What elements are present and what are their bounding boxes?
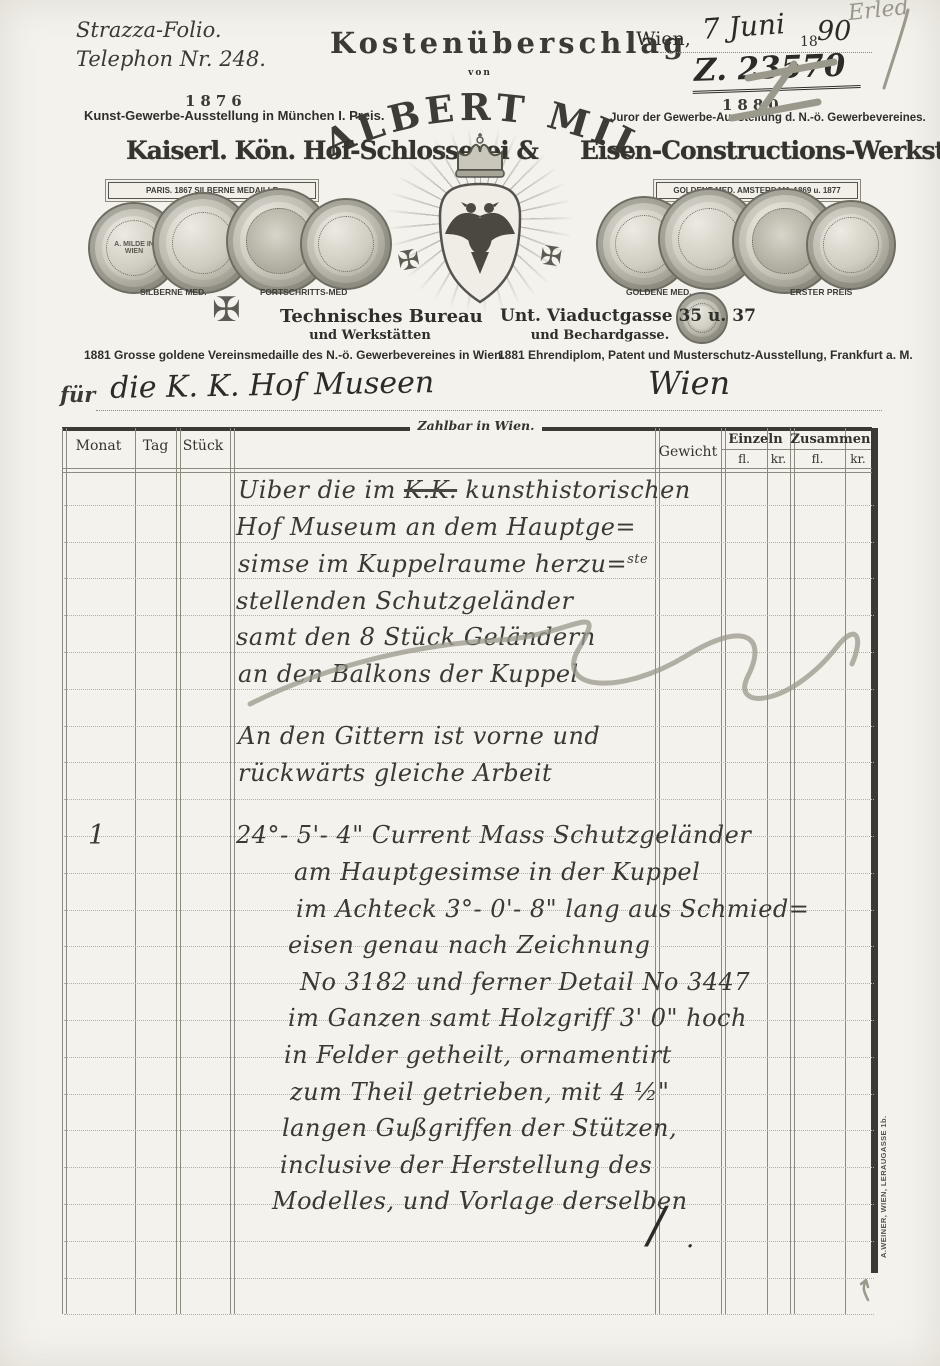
caption-fortschritts-med: FORTSCHRITTS-MED: [260, 287, 347, 297]
col-header-zusammen-fl: fl.: [790, 452, 845, 466]
col-divider-stueck-desc: [230, 428, 235, 1314]
recipient-addressee-handwritten: die K. K. Hof Museen: [110, 365, 435, 406]
body-para1-line4: stellenden Schutzgeländer: [236, 587, 573, 615]
body-para1-line6: an den Balkons der Kuppel: [238, 660, 579, 688]
col-header-einzeln: Einzeln: [721, 432, 790, 447]
col-header-gewicht: Gewicht: [655, 444, 721, 460]
ledger-rule: [64, 799, 874, 800]
table-top-border-right: [542, 427, 872, 431]
hanging-cross-right-icon: ✠: [538, 241, 564, 274]
item-line1: 24°- 5'- 4" Current Mass Schutzgeländer: [236, 821, 751, 849]
shield-icon: [440, 184, 520, 302]
erled-pencil-note: Erled: [847, 0, 910, 26]
credit-right: 1881 Ehrendiplom, Patent und Musterschut…: [498, 348, 913, 362]
col-divider-zusammen-fl-kr: [845, 428, 846, 1314]
ledger-rule: [64, 578, 874, 579]
table-right-heavy-border: [871, 428, 878, 1273]
document-page: Strazza-Folio. Telephon Nr. 248. Kostenü…: [0, 0, 940, 1366]
shop-name-right: Eisen-Constructions-Werkstätte: [580, 136, 940, 165]
recipient-city-handwritten: Wien: [648, 364, 730, 402]
col-header-einzeln-fl: fl.: [721, 452, 767, 466]
item-line2: am Hauptgesimse in der Kuppel: [294, 858, 700, 886]
table-left-border: [62, 428, 67, 1314]
ledger-rule: [64, 505, 874, 506]
ledger-rule: [64, 1278, 874, 1279]
medal-gold-3: [806, 200, 896, 290]
col-divider-gewicht-einzeln: [721, 428, 726, 1314]
item-line7: in Felder getheilt, ornamentirt: [284, 1041, 672, 1069]
col-header-stueck: Stück: [176, 438, 230, 454]
para1-l3-text: simse im Kuppelraume herzu=: [238, 550, 627, 578]
bureau-line2: und Werkstätten: [280, 328, 460, 343]
dateline-day-month-handwritten: 7 Juni: [701, 7, 786, 46]
item-line4: eisen genau nach Zeichnung: [288, 931, 650, 959]
body-para2-line1: An den Gittern ist vorne und: [238, 722, 600, 750]
address-line2: und Bechardgasse.: [500, 328, 700, 343]
subheader-divider: [721, 449, 871, 450]
caption-erster-preis: ERSTER PREIS: [790, 287, 852, 297]
para1-l1-struckout: K.K.: [404, 476, 457, 504]
medal-silver-3: [300, 198, 392, 290]
printer-imprint: A.WEINER, WIEN, LERAUGASSE 1b.: [879, 1116, 888, 1258]
body-para1-line1: Uiber die im K.K. kunsthistorischen: [238, 476, 691, 504]
document-title: Kostenüberschlag: [330, 26, 630, 60]
item-line9: langen Gußgriffen der Stützen,: [282, 1114, 677, 1142]
order-cross-icon: ✠: [212, 290, 241, 330]
para1-l1-pre: Uiber die im: [238, 476, 404, 504]
tally-dot-mark: .: [686, 1224, 694, 1254]
tally-slash-mark: /: [648, 1196, 665, 1254]
item-line3: im Achteck 3°- 0'- 8" lang aus Schmied=: [296, 895, 809, 923]
body-para1-line5: samt den 8 Stück Geländern: [236, 623, 596, 651]
bureau-line1: Technisches Bureau: [280, 306, 460, 327]
payable-note: Zahlbar in Wien.: [410, 418, 542, 433]
imperial-crest: [410, 132, 550, 312]
col-divider-einzeln-fl-kr: [767, 428, 768, 1314]
von-label: von: [330, 68, 630, 78]
para1-l1-post: kunsthistorischen: [457, 476, 691, 504]
item-line6: im Ganzen samt Holzgriff 3' 0" hoch: [288, 1004, 747, 1032]
award-right: Juror der Gewerbe-Ausstellung d. N.-ö. G…: [610, 112, 926, 124]
dateline-year-handwritten: 90: [817, 16, 851, 47]
caption-silberne-med: SILBERNE MED.: [140, 287, 207, 297]
body-para2-line2: rückwärts gleiche Arbeit: [238, 759, 552, 787]
item-line11: Modelles, und Vorlage derselben: [272, 1187, 688, 1215]
file-number-handwritten: Z. 23570: [691, 47, 860, 94]
address-line1: Unt. Viaductgasse 35 u. 37: [500, 306, 700, 326]
strazza-folio-label: Strazza-Folio.: [76, 18, 222, 42]
col-header-zusammen-kr: kr.: [845, 452, 871, 466]
col-header-monat: Monat: [62, 438, 135, 454]
entry-number-handwritten: 1: [88, 820, 106, 851]
para1-l3-insertion: ste: [627, 552, 648, 567]
body-para1-line2: Hof Museum an dem Hauptge=: [236, 513, 636, 541]
pencil-arrow-icon: [861, 1280, 868, 1300]
table-top-border-left: [62, 427, 410, 431]
item-line5: No 3182 und ferner Detail No 3447: [300, 968, 750, 996]
col-divider-einzeln-zusammen: [790, 428, 795, 1314]
col-divider-monat-tag: [135, 428, 136, 1314]
fuer-label: für: [60, 382, 95, 407]
ledger-rule: [64, 615, 874, 616]
header-bottom-rule: [62, 468, 872, 473]
telephon-label: Telephon Nr. 248.: [76, 47, 266, 71]
ledger-rule: [64, 1314, 874, 1315]
ledger-rule: [64, 542, 874, 543]
ledger-rule: [64, 689, 874, 690]
item-line8: zum Theil getrieben, mit 4 ½": [290, 1078, 669, 1106]
ledger-rule: [64, 1241, 874, 1242]
credit-left: 1881 Grosse goldene Vereinsmedaille des …: [84, 348, 505, 362]
col-header-zusammen: Zusammen: [790, 432, 871, 447]
item-line10: inclusive der Herstellung des: [280, 1151, 652, 1179]
col-divider-tag-stueck: [176, 428, 181, 1314]
crown-icon: [456, 133, 504, 177]
col-header-tag: Tag: [135, 438, 176, 454]
col-header-einzeln-kr: kr.: [767, 452, 790, 466]
body-para1-line3: simse im Kuppelraume herzu=ste: [238, 550, 648, 578]
ledger-rule: [64, 652, 874, 653]
caption-goldene-med: GOLDENE MED.: [626, 287, 692, 297]
